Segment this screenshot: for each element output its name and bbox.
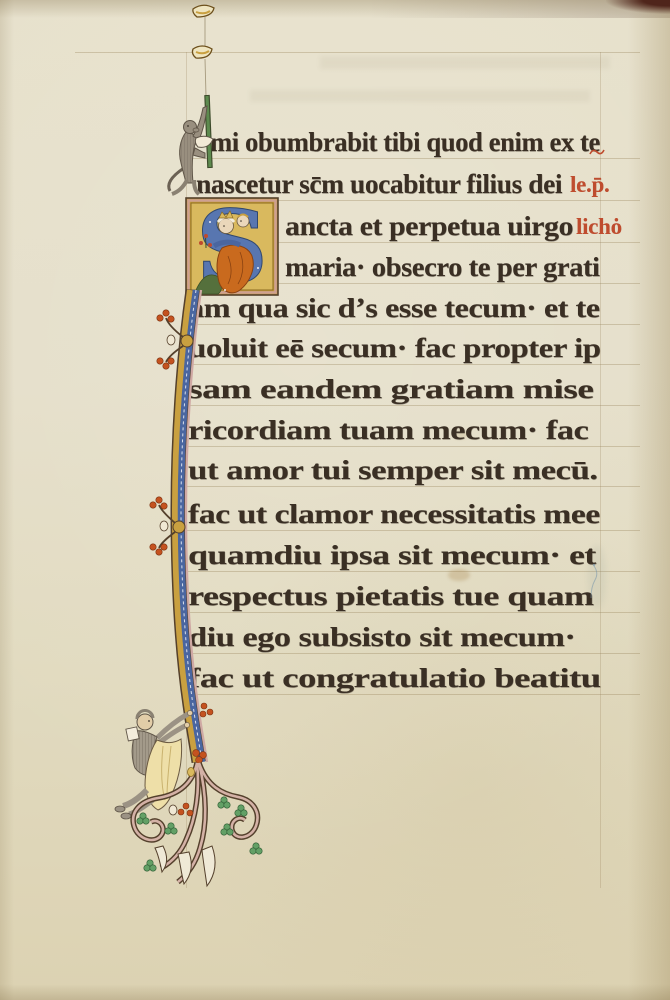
berry-cluster [178, 803, 193, 816]
gold-bud [188, 768, 195, 777]
white-bud [160, 521, 168, 531]
ape-marginal-figure [169, 95, 213, 194]
illuminated-initial: S [186, 188, 278, 306]
figure-head [137, 714, 153, 730]
illumination-overlay: S [0, 0, 670, 1000]
white-satchel [126, 727, 139, 741]
border-bar [150, 290, 207, 762]
pennant-icon [193, 5, 214, 17]
white-bud [169, 805, 177, 815]
pennant-icons [192, 5, 214, 96]
show-through-ghost [250, 56, 610, 102]
pen-flourish [591, 566, 597, 598]
white-bud [167, 335, 175, 345]
manuscript-photo: mi obumbrabit tibi quod enim ex te nasce… [0, 0, 670, 1000]
vine-terminal [155, 846, 215, 886]
rubric-abbreviation-mark [590, 150, 604, 154]
berry-cluster [200, 703, 213, 717]
